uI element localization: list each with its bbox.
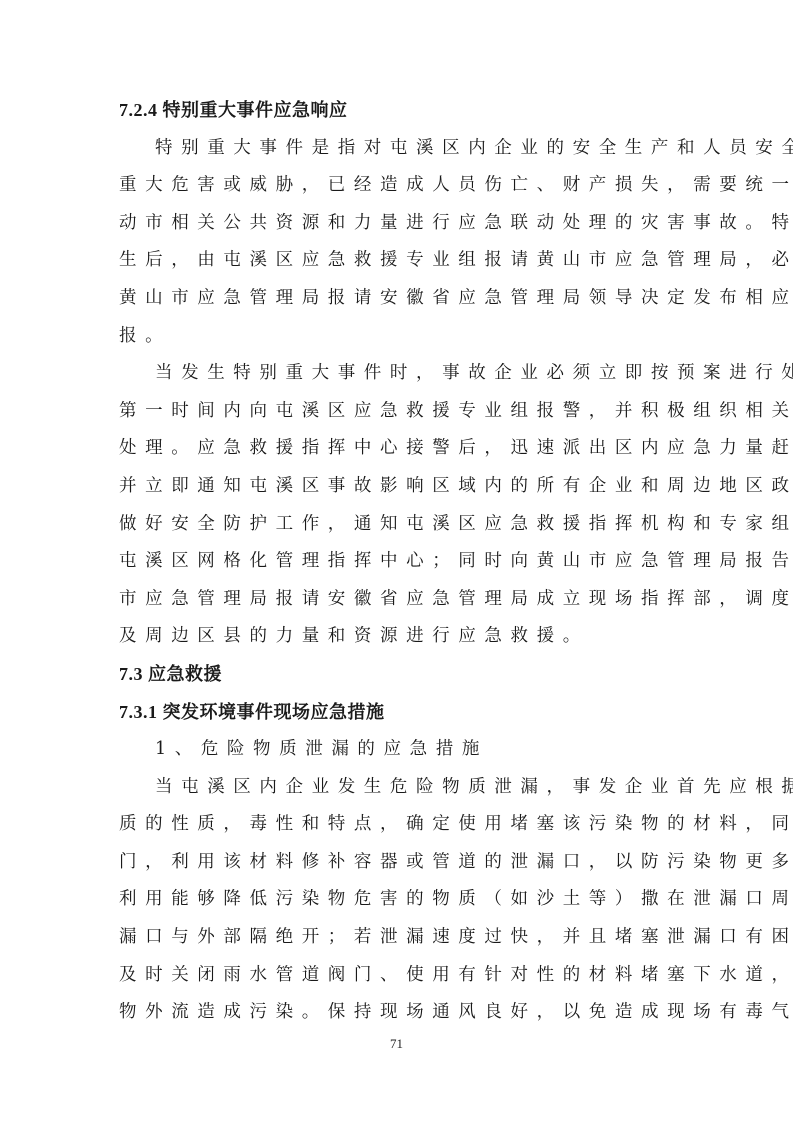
- text-line: 漏口与外部隔绝开；若泄漏速度过快，并且堵塞泄漏口有困难，应当: [119, 919, 677, 957]
- text-line: 及时关闭雨水管道阀门、使用有针对性的材料堵塞下水道，截断污染: [119, 957, 677, 995]
- list-item-heading: 1、危险物质泄漏的应急措施: [119, 731, 677, 769]
- section-heading-7-2-4: 7.2.4 特别重大事件应急响应: [119, 92, 677, 130]
- text-line: 并立即通知屯溪区事故影响区域内的所有企业和周边地区政府，紧急: [119, 468, 677, 506]
- text-line: 门，利用该材料修补容器或管道的泄漏口，以防污染物更多的泄漏；: [119, 844, 677, 882]
- text-line: 重大危害或威胁，已经造成人员伤亡、财产损失，需要统一组织，调: [119, 167, 677, 205]
- text-line: 利用能够降低污染物危害的物质（如沙土等）撒在泄漏口周围，将泄: [119, 881, 677, 919]
- text-line: 报。: [119, 318, 677, 356]
- text-line: 质的性质，毒性和特点，确定使用堵塞该污染物的材料，同时关闭阀: [119, 806, 677, 844]
- text-line: 当屯溪区内企业发生危险物质泄漏，事发企业首先应根据泄漏物: [119, 769, 677, 807]
- section-heading-7-3-1: 7.3.1 突发环境事件现场应急措施: [119, 694, 677, 732]
- text-line: 市应急管理局报请安徽省应急管理局成立现场指挥部，调度黄山市以: [119, 581, 677, 619]
- paragraph-definition: 特别重大事件是指对屯溪区内企业的安全生产和人员安全造成 重大危害或威胁，已经造成…: [119, 130, 677, 356]
- page-number: 71: [0, 1036, 793, 1052]
- text-line: 特别重大事件是指对屯溪区内企业的安全生产和人员安全造成: [119, 130, 677, 168]
- text-line: 第一时间内向屯溪区应急救援专业组报警，并积极组织相关人员紧急: [119, 393, 677, 431]
- text-line: 黄山市应急管理局报请安徽省应急管理局领导决定发布相应级别警: [119, 280, 677, 318]
- text-line: 动市相关公共资源和力量进行应急联动处理的灾害事故。特大事故发: [119, 205, 677, 243]
- text-line: 物外流造成污染。保持现场通风良好，以免造成现场有毒气体浓度过: [119, 994, 677, 1032]
- section-heading-7-3: 7.3 应急救援: [119, 656, 677, 694]
- text-line: 处理。应急救援指挥中心接警后，迅速派出区内应急力量赶赴现场，: [119, 430, 677, 468]
- paragraph-leak-measures: 当屯溪区内企业发生危险物质泄漏，事发企业首先应根据泄漏物 质的性质，毒性和特点，…: [119, 769, 677, 1032]
- paragraph-response: 当发生特别重大事件时，事故企业必须立即按预案进行处理，在 第一时间内向屯溪区应急…: [119, 355, 677, 656]
- page-body: 7.2.4 特别重大事件应急响应 特别重大事件是指对屯溪区内企业的安全生产和人员…: [119, 92, 677, 1032]
- text-line: 及周边区县的力量和资源进行应急救援。: [119, 618, 677, 656]
- text-line: 屯溪区网格化管理指挥中心；同时向黄山市应急管理局报告，由黄山: [119, 543, 677, 581]
- text-line: 当发生特别重大事件时，事故企业必须立即按预案进行处理，在: [119, 355, 677, 393]
- text-line: 生后，由屯溪区应急救援专业组报请黄山市应急管理局，必要时，由: [119, 242, 677, 280]
- text-line: 做好安全防护工作，通知屯溪区应急救援指挥机构和专家组到黄山市: [119, 506, 677, 544]
